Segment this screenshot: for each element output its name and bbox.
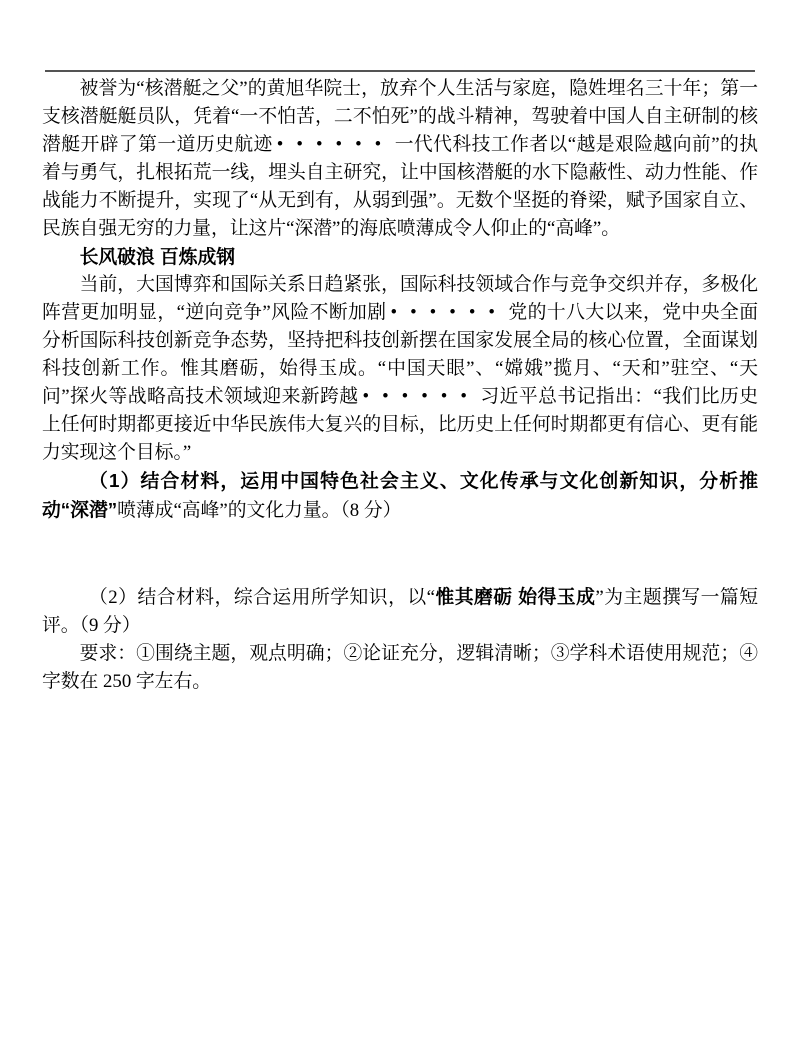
header-divider-rule <box>45 70 755 72</box>
paragraph-material-technology: 当前，大国博弈和国际关系日趋紧张，国际科技领域合作与竞争交织并存，多极化阵营更加… <box>42 271 758 467</box>
question-2: （2）结合材料，综合运用所学知识，以“惟其磨砺 始得玉成”为主题撰写一篇短评。（… <box>42 583 758 640</box>
paragraph-material-submarine: 被誉为“核潜艇之父”的黄旭华院士，放弃个人生活与家庭，隐姓埋名三十年；第一支核潜… <box>42 75 758 243</box>
blank-space <box>42 525 758 583</box>
ellipsis-dots: •••••• <box>359 386 480 407</box>
text-block: 被誉为“核潜艇之父”的黄旭华院士，放弃个人生活与家庭，隐姓埋名三十年；第一支核潜… <box>42 75 758 696</box>
question-2-text: （2）结合材料，综合运用所学知识，以“ <box>89 587 435 608</box>
document-page: 被誉为“核潜艇之父”的黄旭华院士，放弃个人生活与家庭，隐姓埋名三十年；第一支核潜… <box>0 0 800 1063</box>
question-2-requirements: 要求：①围绕主题，观点明确；②论证充分，逻辑清晰；③学科术语使用规范；④字数在 … <box>42 640 758 696</box>
ellipsis-dots: •••••• <box>273 134 394 155</box>
ellipsis-dots: •••••• <box>387 302 508 323</box>
question-1-rest-text: 喷薄成“高峰”的文化力量。（8 分） <box>117 500 401 521</box>
question-2-theme-text: 惟其磨砺 始得玉成 <box>435 586 595 607</box>
section-heading-text: 长风破浪 百炼成钢 <box>80 246 235 267</box>
question-1: （1）结合材料，运用中国特色社会主义、文化传承与文化创新知识，分析推动“深潜”喷… <box>42 467 758 525</box>
requirements-text: 要求：①围绕主题，观点明确；②论证充分，逻辑清晰；③学科术语使用规范；④字数在 … <box>42 643 758 692</box>
section-heading: 长风破浪 百炼成钢 <box>42 243 758 271</box>
